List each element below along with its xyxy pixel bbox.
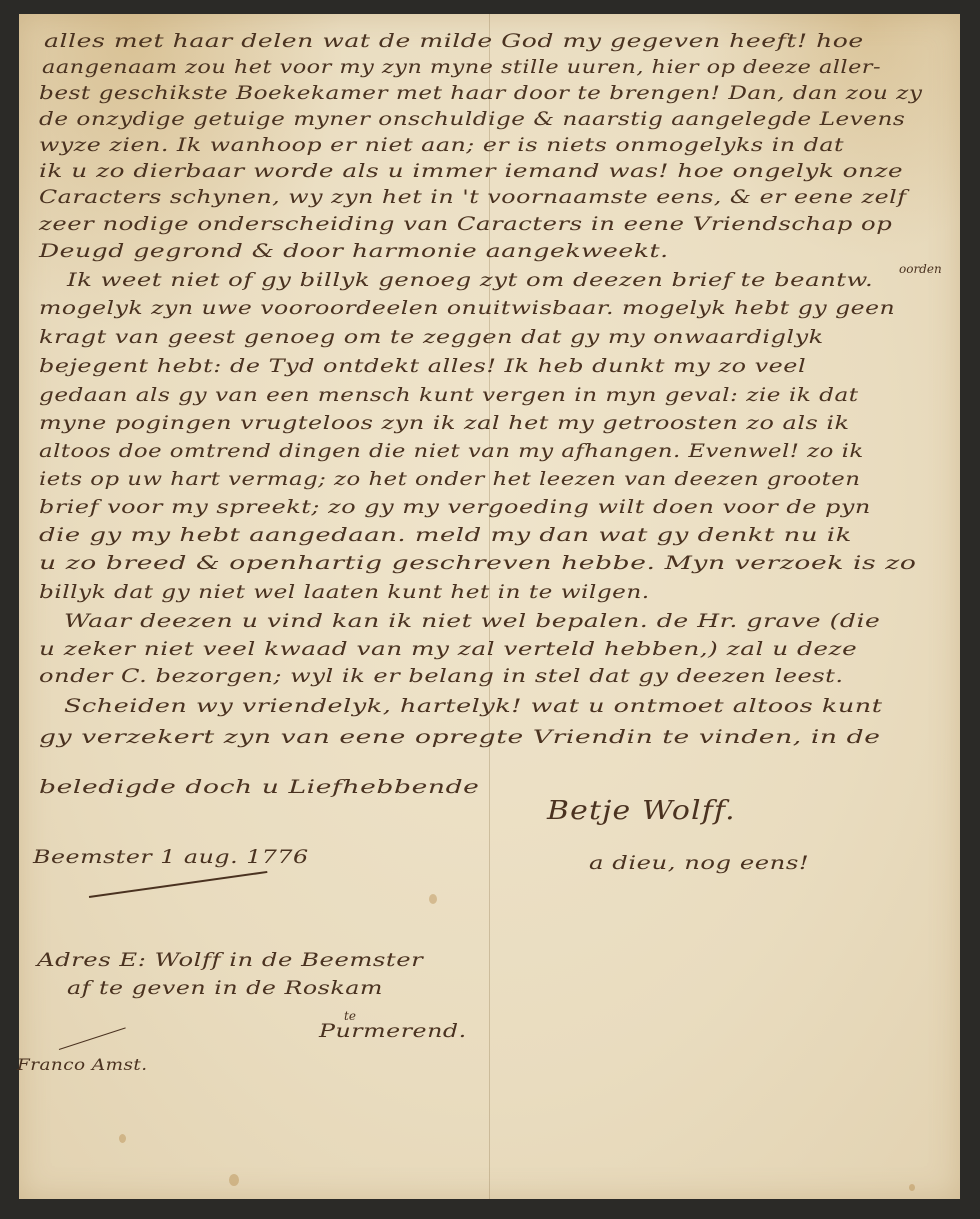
date-flourish xyxy=(89,871,267,898)
letter-line-6: ik u zo dierbaar worde als u immer ieman… xyxy=(39,160,903,182)
letter-line-3: best geschikste Boekekamer met haar door… xyxy=(39,82,922,104)
letter-line-7: Caracters schynen, wy zyn het in 't voor… xyxy=(39,186,907,208)
signature: Betje Wolff. xyxy=(547,796,736,826)
letter-line-23: u zeker niet veel kwaad van my zal verte… xyxy=(39,638,857,660)
paper-stain xyxy=(119,1134,126,1143)
letter-page: alles met haar delen wat de milde God my… xyxy=(19,14,960,1199)
letter-line-10: Ik weet niet of gy billyk genoeg zyt om … xyxy=(67,269,873,291)
address-line-1: Adres E: Wolff in de Beemster xyxy=(37,949,423,971)
letter-line-19: die gy my hebt aangedaan. meld my dan wa… xyxy=(39,524,852,546)
letter-line-5: wyze zien. Ik wanhoop er niet aan; er is… xyxy=(39,134,844,156)
address-line-3: Purmerend. xyxy=(319,1020,467,1042)
franco-stroke xyxy=(59,1027,126,1050)
letter-line-20: u zo breed & openhartig geschreven hebbe… xyxy=(39,552,916,574)
postscript-adieu: a dieu, nog eens! xyxy=(589,852,809,874)
letter-line-26: gy verzekert zyn van eene opregte Vriend… xyxy=(39,726,881,748)
superscript-oorden: oorden xyxy=(899,262,942,276)
letter-line-9: Deugd gegrond & door harmonie aangekweek… xyxy=(39,240,669,262)
letter-line-11: mogelyk zyn uwe vooroordeelen onuitwisba… xyxy=(39,297,895,319)
date-line: Beemster 1 aug. 1776 xyxy=(33,846,309,868)
letter-line-14: gedaan als gy van een mensch kunt vergen… xyxy=(39,384,859,406)
letter-line-4: de onzydige getuige myner onschuldige & … xyxy=(39,108,905,130)
letter-line-12: kragt van geest genoeg om te zeggen dat … xyxy=(39,326,824,348)
letter-line-18: brief voor my spreekt; zo gy my vergoedi… xyxy=(39,496,871,518)
address-line-2: af te geven in de Roskam xyxy=(67,977,383,999)
paper-stain xyxy=(229,1174,239,1186)
letter-line-25: Scheiden wy vriendelyk, hartelyk! wat u … xyxy=(64,695,882,717)
paper-stain xyxy=(429,894,437,904)
letter-line-15: myne pogingen vrugteloos zyn ik zal het … xyxy=(39,412,850,434)
letter-line-13: bejegent hebt: de Tyd ontdekt alles! Ik … xyxy=(39,355,806,377)
letter-line-24: onder C. bezorgen; wyl ik er belang in s… xyxy=(39,665,844,687)
letter-line-8: zeer nodige onderscheiding van Caracters… xyxy=(39,213,892,235)
letter-line-22: Waar deezen u vind kan ik niet wel bepal… xyxy=(64,610,880,632)
letter-line-17: iets op uw hart vermag; zo het onder het… xyxy=(39,468,860,490)
letter-line-1: alles met haar delen wat de milde God my… xyxy=(44,30,864,52)
letter-line-27: beledigde doch u Liefhebbende xyxy=(39,776,479,798)
letter-line-2: aangenaam zou het voor my zyn myne still… xyxy=(42,56,881,78)
letter-line-21: billyk dat gy niet wel laaten kunt het i… xyxy=(39,581,650,603)
letter-line-16: altoos doe omtrend dingen die niet van m… xyxy=(39,440,864,462)
franco-note: Franco Amst. xyxy=(17,1055,148,1074)
paper-stain xyxy=(909,1184,915,1191)
